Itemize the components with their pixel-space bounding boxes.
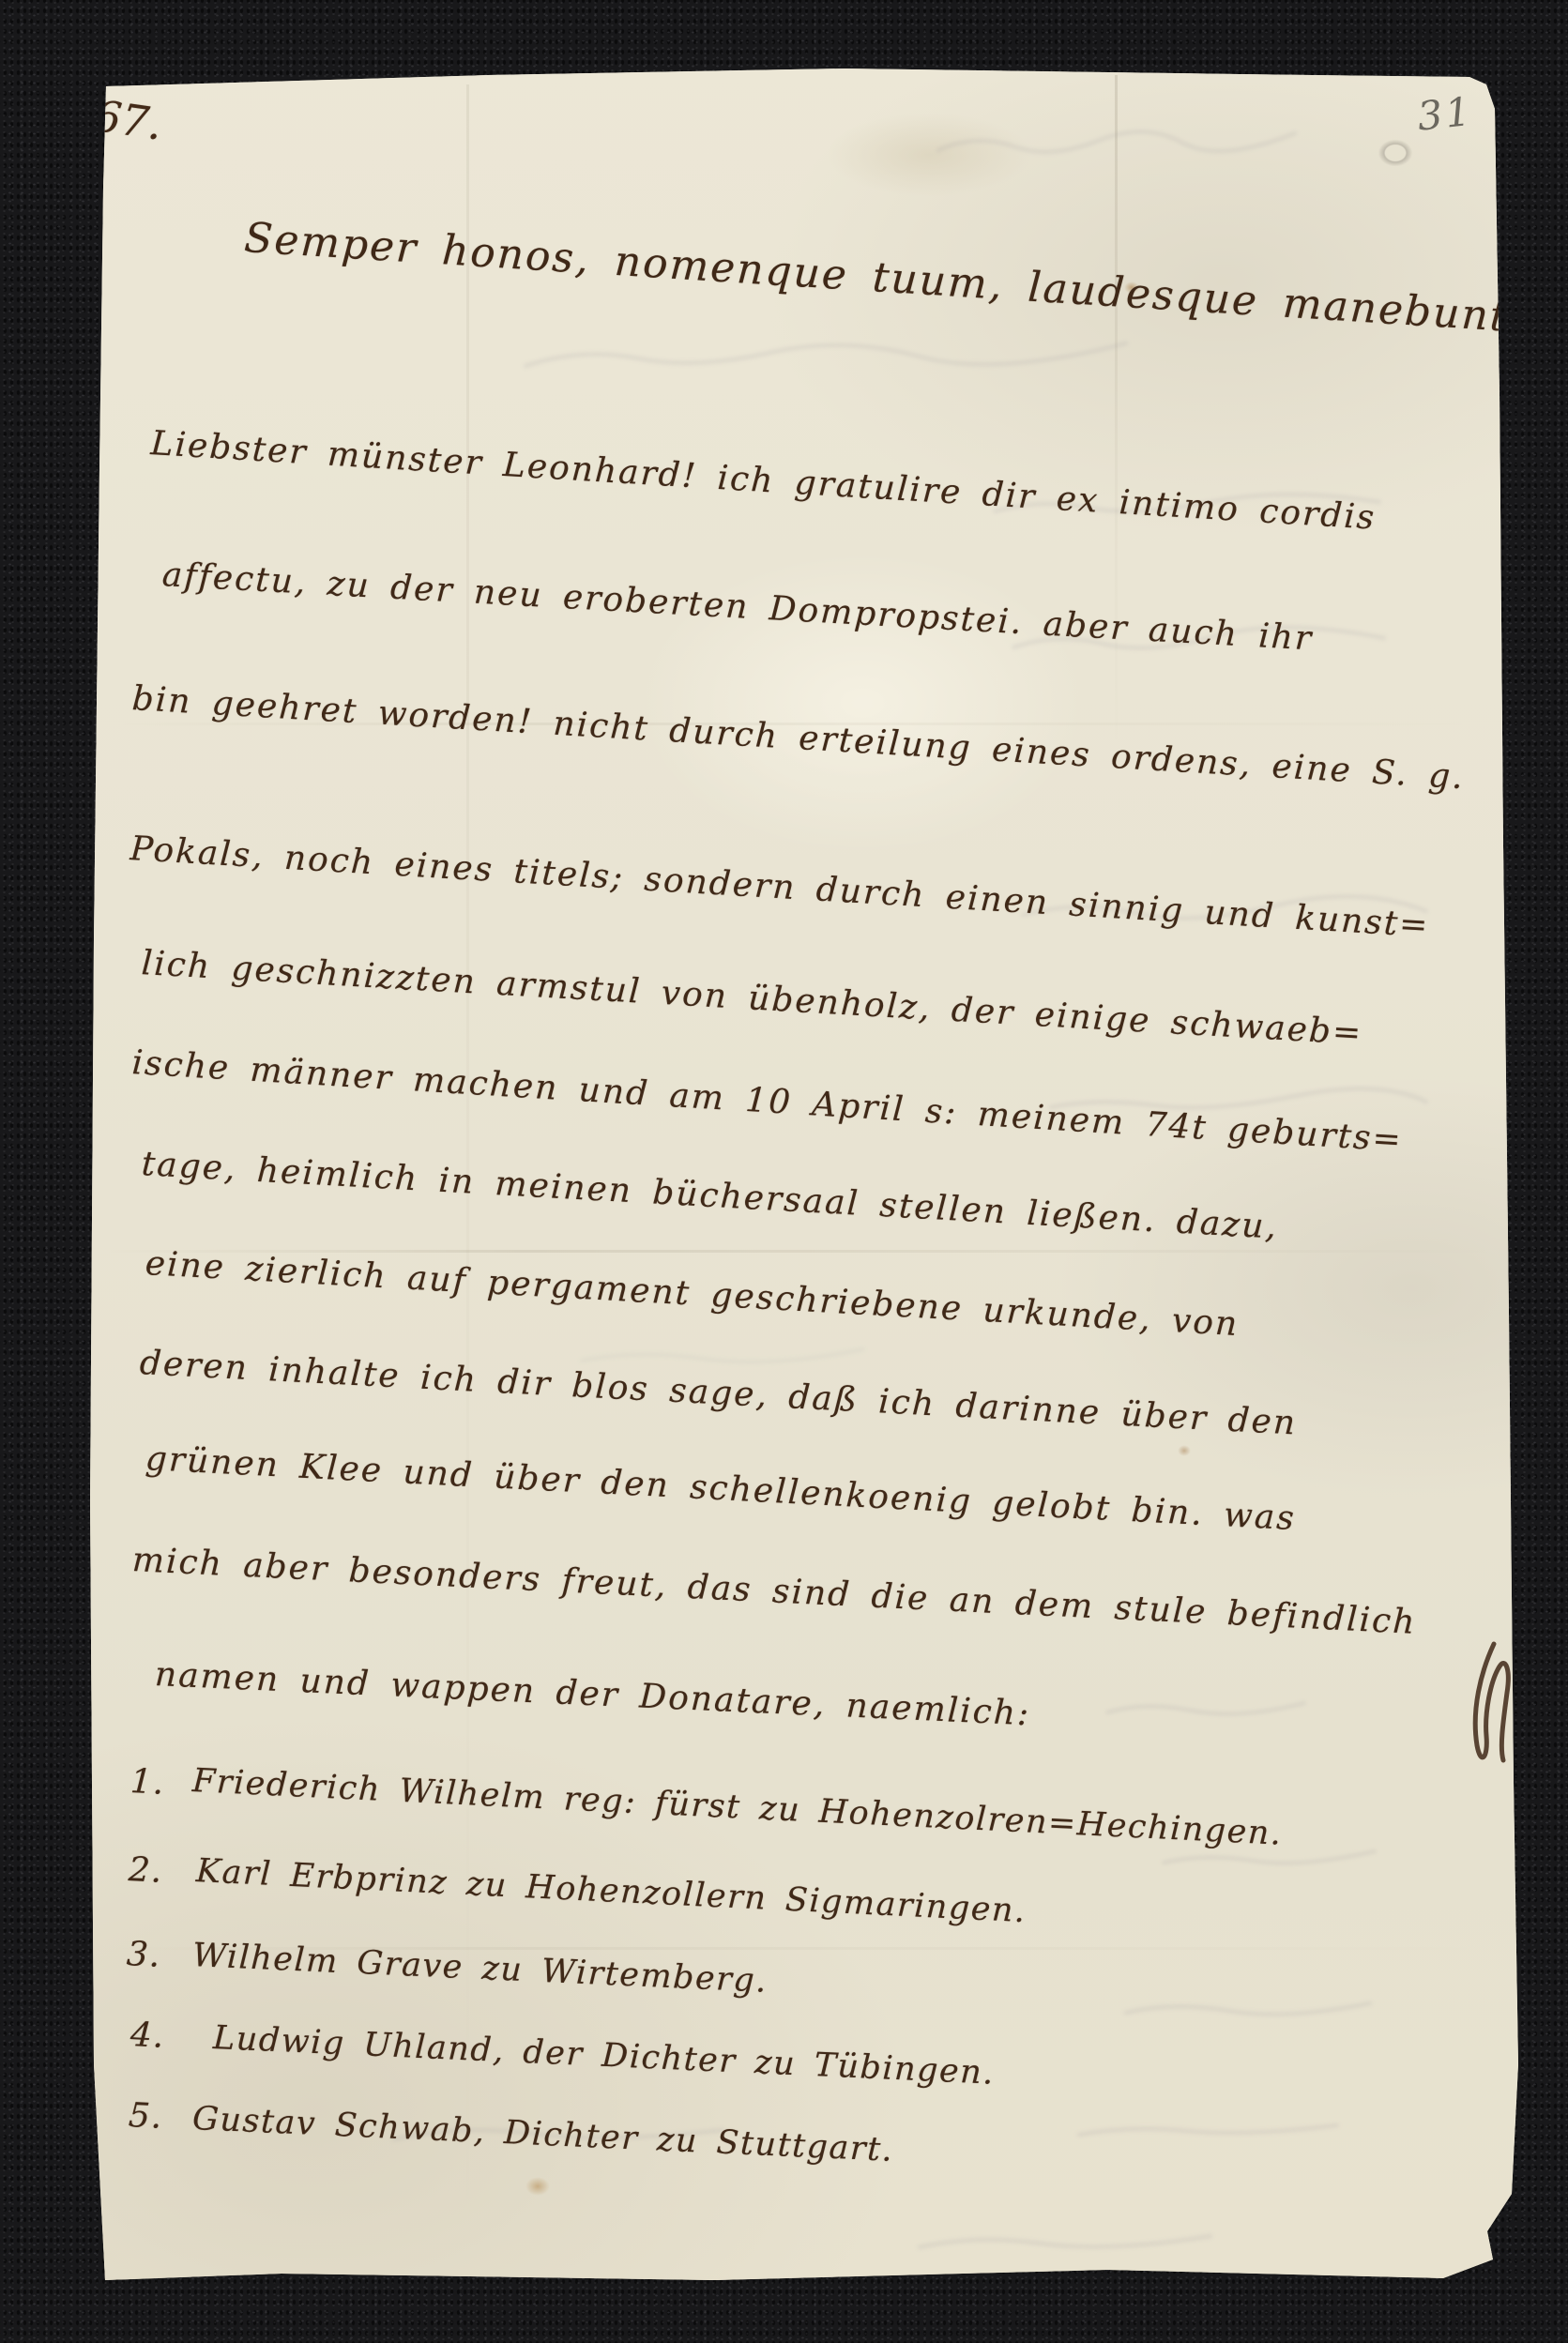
list-item-text: Friederich Wilhelm reg: fürst zu Hohenzo… xyxy=(191,1762,1283,1853)
pencil-smudge xyxy=(1378,139,1413,167)
body-line: deren inhalte ich dir blos sage, daß ich… xyxy=(139,1344,1298,1443)
body-line: tage, heimlich in meinen büchersaal stel… xyxy=(141,1145,1279,1247)
list-item-text: Karl Erbprinz zu Hohenzollern Sigmaringe… xyxy=(195,1852,1027,1930)
list-item-number: 3. xyxy=(126,1935,161,1975)
list-item-number: 5. xyxy=(128,2096,163,2137)
body-line: grünen Klee und über den schellenkoenig … xyxy=(145,1439,1297,1538)
list-item-text: Gustav Schwab, Dichter zu Stuttgart. xyxy=(191,2100,894,2169)
list-item-number: 2. xyxy=(128,1850,163,1891)
list-item-number: 1. xyxy=(129,1762,165,1803)
body-line: mich aber besonders freut, das sind die … xyxy=(131,1541,1417,1642)
fold-crease-horizontal xyxy=(103,1250,1501,1253)
body-line: bin geehret worden! nicht durch erteilun… xyxy=(131,679,1466,797)
list-item-text: Ludwig Uhland, der Dichter zu Tübingen. xyxy=(212,2019,996,2092)
folio-number-ink: 67. xyxy=(90,90,165,150)
letter-heading: Semper honos, nomenque tuum, laudesque m… xyxy=(243,214,1553,344)
scan-canvas: 67. 31 Semper honos, nomenque tuum, laud… xyxy=(0,0,1568,2343)
list-item-number: 4. xyxy=(129,2016,165,2056)
paper-discoloration xyxy=(826,113,1032,197)
body-line: Liebster münster Leonhard! ich gratulire… xyxy=(149,424,1377,538)
body-line: eine zierlich auf pergament geschriebene… xyxy=(145,1244,1241,1344)
body-line: Pokals, noch eines titels; sondern durch… xyxy=(129,829,1431,945)
foxing-spot xyxy=(525,2177,550,2196)
body-line: namen und wappen der Donatare, naemlich: xyxy=(154,1655,1031,1733)
page-number-pencil: 31 xyxy=(1415,88,1475,140)
body-line: lich geschnizzten armstul von übenholz, … xyxy=(141,944,1364,1053)
list-item-text: Wilhelm Grave zu Wirtemberg. xyxy=(191,1937,769,2001)
letter-paper: 67. 31 Semper honos, nomenque tuum, laud… xyxy=(0,0,1568,2343)
foxing-spot xyxy=(1178,1445,1191,1456)
ink-flourish-mark xyxy=(1434,1635,1518,1785)
fold-crease-vertical xyxy=(1115,75,1118,751)
body-line: affectu, zu der neu eroberten Dompropste… xyxy=(161,555,1314,658)
body-line: ische männer machen und am 10 April s: m… xyxy=(130,1043,1403,1160)
